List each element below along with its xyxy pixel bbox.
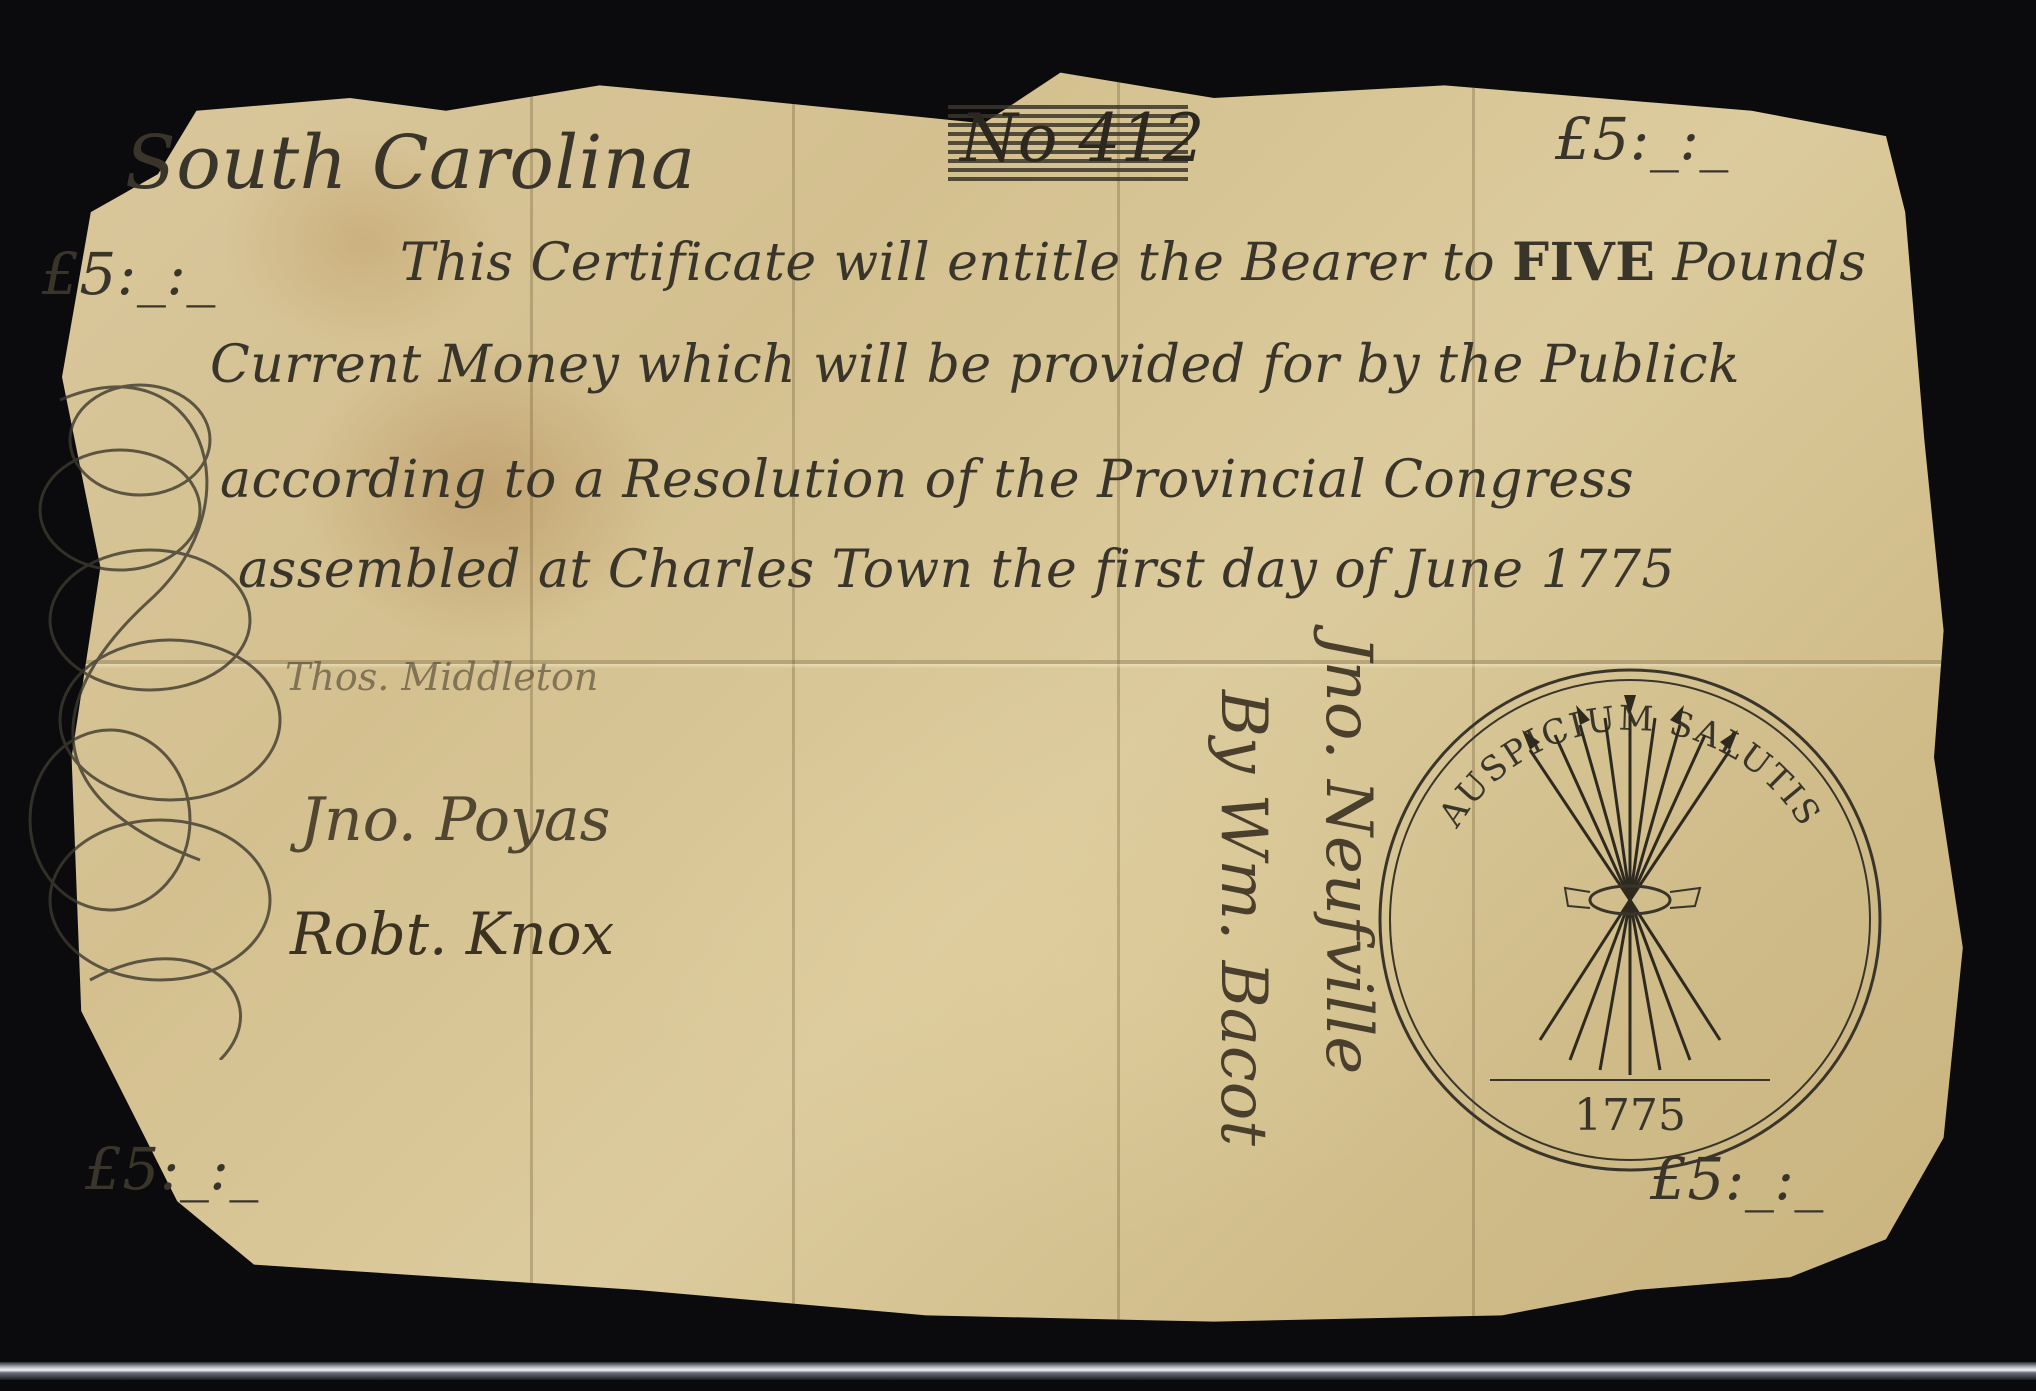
denomination-top-right: £5:_:_ (1555, 105, 1729, 173)
slab-holder-edge (0, 1362, 2036, 1380)
signature-middleton: Thos. Middleton (285, 655, 598, 699)
seal-year: 1775 (1574, 1090, 1686, 1141)
denomination-bottom-left: £5:_:_ (85, 1135, 259, 1203)
serial-number: No 412 (960, 100, 1204, 177)
text-line-1-body: This Certificate will entitle the Bearer… (400, 233, 1495, 293)
text-line-1: This Certificate will entitle the Bearer… (400, 232, 1867, 293)
slab-holder-base (0, 1380, 2036, 1391)
signature-knox: Robt. Knox (290, 900, 614, 968)
signature-poyas: Jno. Poyas (300, 785, 610, 855)
signature-bacot: By Wm. Bacot (1206, 690, 1280, 1146)
colony-title: South Carolina (125, 120, 696, 206)
seal: AUSPICIUM SALUTIS 1775 (1340, 630, 1920, 1210)
serial-value: 412 (1078, 100, 1204, 177)
denomination-top-left: £5:_:_ (42, 240, 216, 308)
arrows-bundle-icon (1530, 715, 1730, 1075)
amount-tail: Pounds (1672, 233, 1866, 293)
text-line-2: Current Money which will be provided for… (210, 335, 1740, 395)
decorative-flourish-icon (0, 300, 300, 1060)
text-line-4: assembled at Charles Town the first day … (238, 540, 1675, 600)
serial-label: No (960, 100, 1058, 177)
text-line-3: according to a Resolution of the Provinc… (220, 450, 1634, 510)
amount-word: FIVE (1512, 232, 1655, 293)
